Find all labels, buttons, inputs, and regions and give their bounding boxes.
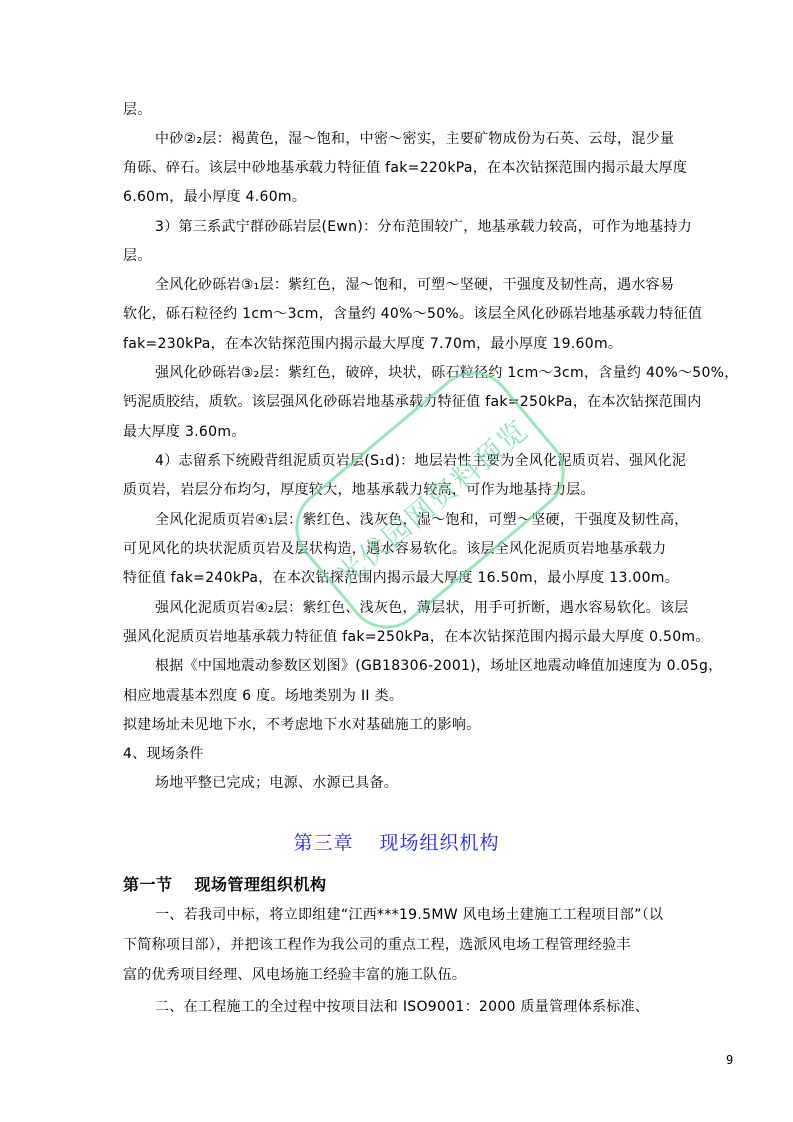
paragraph-line: 一、若我司中标，将立即组建“江西***19.5MW 风电场土建施工工程项目部”（… <box>155 905 663 925</box>
paragraph-line: 角砾、碎石。该层中砂地基承载力特征值 fak=220kPa，在本次钻探范围内揭示… <box>123 158 687 178</box>
document-page: 层。中砂②₂层：褐黄色，湿～饱和，中密～密实，主要矿物成份为石英、云母，混少量角… <box>0 0 793 1122</box>
paragraph-line: fak=230kPa，在本次钻探范围内揭示最大厚度 7.70m，最小厚度 19.… <box>123 334 622 354</box>
paragraph-line: 全风化泥质页岩④₁层：紫红色、浅灰色，湿～饱和，可塑～坚硬，干强度及韧性高， <box>155 510 689 530</box>
paragraph-line: 强风化泥质页岩④₂层：紫红色、浅灰色，薄层状，用手可折断，遇水容易软化。该层 <box>155 598 689 618</box>
paragraph-line: 根据《中国地震动参数区划图》(GB18306-2001)，场址区地震动峰值加速度… <box>155 656 723 676</box>
paragraph-line: 层。 <box>123 246 152 266</box>
paragraph-line: 富的优秀项目经理、风电场施工经验丰富的施工队伍。 <box>123 965 466 985</box>
paragraph-line: 6.60m，最小厚度 4.60m。 <box>123 187 306 207</box>
chapter-heading: 第三章现场组织机构 <box>0 828 793 855</box>
paragraph-line: 最大厚度 3.60m。 <box>123 422 246 442</box>
paragraph-line: 可见风化的块状泥质页岩及层状构造，遇水容易软化。该层全风化泥质页岩地基承载力 <box>123 539 666 559</box>
section-title: 现场管理组织机构 <box>195 875 327 894</box>
paragraph-line: 中砂②₂层：褐黄色，湿～饱和，中密～密实，主要矿物成份为石英、云母，混少量 <box>155 129 674 149</box>
paragraph-line: 下简称项目部），并把该工程作为我公司的重点工程，选派风电场工程管理经验丰 <box>123 935 631 955</box>
paragraph-line: 强风化砂砾岩③₂层：紫红色，破碎，块状，砾石粒径约 1cm～3cm，含量约 40… <box>155 363 739 383</box>
paragraph-line: 拟建场址未见地下水，不考虑地下水对基础施工的影响。 <box>123 715 481 735</box>
paragraph-line: 全风化砂砾岩③₁层：紫红色，湿～饱和，可塑～坚硬，干强度及韧性高，遇水容易 <box>155 275 674 295</box>
page-number: 9 <box>726 1053 733 1067</box>
paragraph-line: 4、现场条件 <box>123 744 204 764</box>
paragraph-line: 相应地震基本烈度 6 度。场地类别为 II 类。 <box>123 686 403 706</box>
paragraph-line: 4）志留系下统殿背组泥质页岩层(S₁d)：地层岩性主要为全风化泥质页岩、强风化泥 <box>155 451 686 471</box>
chapter-title: 现场组织机构 <box>380 832 500 854</box>
section-number: 第一节 <box>123 875 173 894</box>
paragraph-line: 层。 <box>123 100 152 120</box>
paragraph-line: 特征值 fak=240kPa，在本次钻探范围内揭示最大厚度 16.50m，最小厚… <box>123 568 679 588</box>
section-heading: 第一节现场管理组织机构 <box>123 872 327 895</box>
paragraph-line: 钙泥质胶结，质软。该层强风化砂砾岩地基承载力特征值 fak=250kPa，在本次… <box>123 392 702 412</box>
paragraph-line: 质页岩，岩层分布均匀，厚度较大，地基承载力较高，可作为地基持力层。 <box>123 480 595 500</box>
paragraph-line: 3）第三系武宁群砂砾岩层(Ewn)：分布范围较广，地基承载力较高，可作为地基持力 <box>155 217 692 237</box>
chapter-number: 第三章 <box>293 832 353 854</box>
paragraph-line: 二、在工程施工的全过程中按项目法和 ISO9001：2000 质量管理体系标准、 <box>155 997 649 1017</box>
paragraph-line: 软化，砾石粒径约 1cm～3cm，含量约 40%～50%。该层全风化砂砾岩地基承… <box>123 304 702 324</box>
paragraph-line: 强风化泥质页岩地基承载力特征值 fak=250kPa，在本次钻探范围内揭示最大厚… <box>123 627 710 647</box>
paragraph-line: 场地平整已完成；电源、水源已具备。 <box>155 773 398 793</box>
